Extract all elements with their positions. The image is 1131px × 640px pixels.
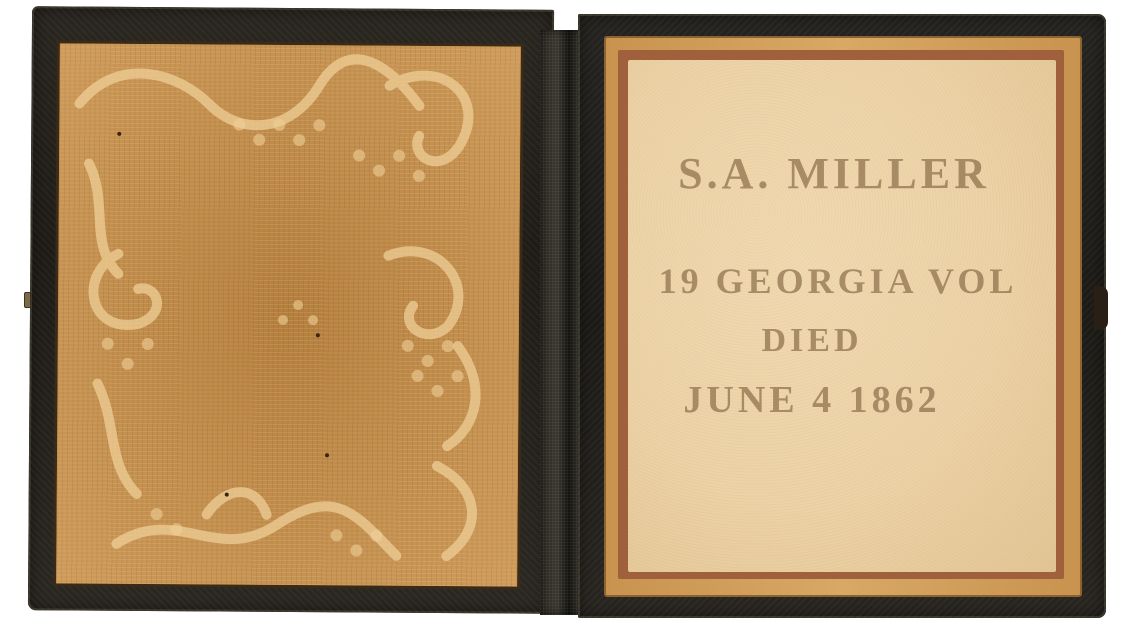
inscription-name: S.A. MILLER	[628, 148, 1048, 199]
inscription-regiment: 19 GEORGIA VOL	[628, 260, 1052, 302]
handwritten-inscription: S.A. MILLER 19 GEORGIA VOL DIED JUNE 4 1…	[628, 60, 1056, 572]
velvet-pad	[53, 40, 524, 589]
latch-clasp	[1094, 286, 1108, 330]
inscription-date: JUNE 4 1862	[628, 378, 1026, 422]
inscription-died: DIED	[628, 322, 1026, 360]
inscribed-paper: S.A. MILLER 19 GEORGIA VOL DIED JUNE 4 1…	[628, 60, 1056, 572]
photograph-case-scene: S.A. MILLER 19 GEORGIA VOL DIED JUNE 4 1…	[0, 0, 1131, 640]
lace-pattern-icon	[56, 43, 521, 586]
